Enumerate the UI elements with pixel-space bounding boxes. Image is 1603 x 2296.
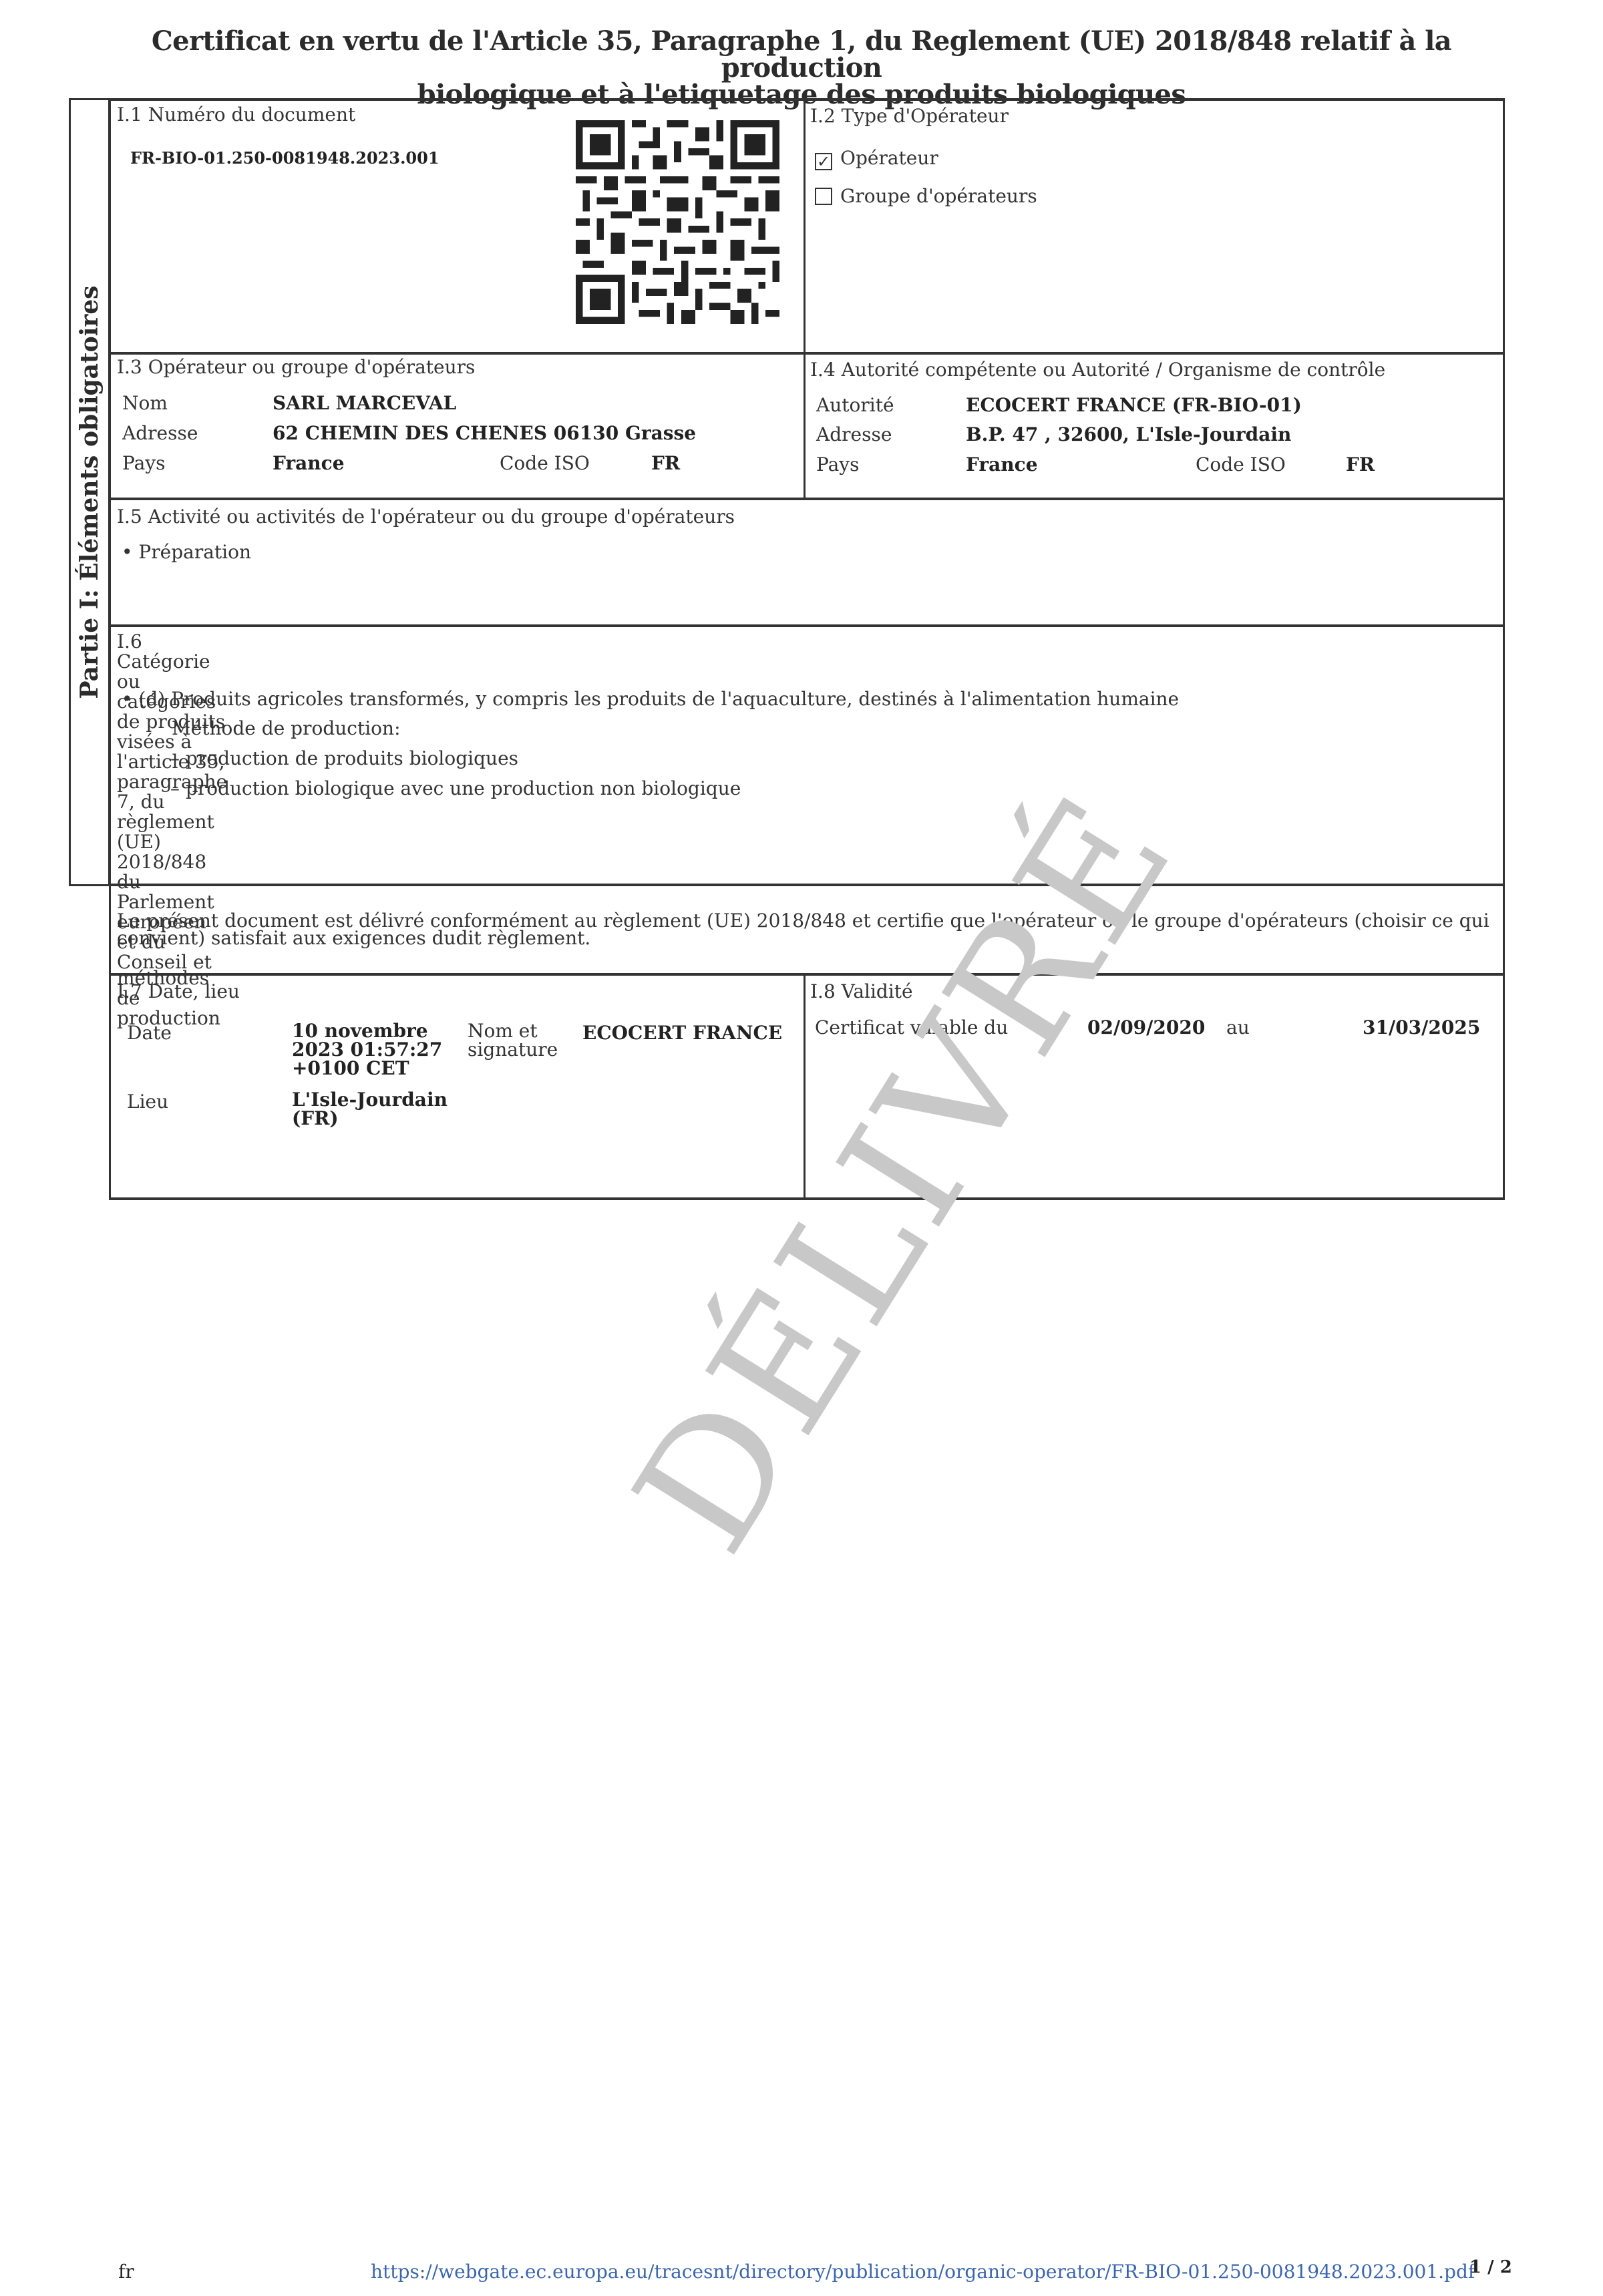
validity-label: Certificat valable du — [815, 1016, 1008, 1038]
column-divider-top — [804, 98, 806, 499]
production-method-heading: Méthode de production: — [172, 717, 401, 739]
date-value-line: 10 novembre — [292, 1022, 442, 1040]
operator-address-value: 62 CHEMIN DES CHENES 06130 Grasse — [273, 422, 696, 444]
authority-value: ECOCERT FRANCE (FR-BIO-01) — [966, 394, 1302, 416]
place-value-line: (FR) — [292, 1109, 448, 1128]
date-value-line: +0100 CET — [292, 1059, 442, 1078]
validity-to-label: au — [1226, 1016, 1250, 1038]
product-category: • (d) Produits agricoles transformés, y … — [122, 688, 1179, 710]
authority-label: Autorité — [816, 394, 894, 416]
footer-source-link[interactable]: https://webgate.ec.europa.eu/tracesnt/di… — [371, 2261, 1475, 2283]
document-number: FR-BIO-01.250-0081948.2023.001 — [130, 148, 439, 168]
option-groupe-operateurs[interactable]: Groupe d'opérateurs — [815, 185, 1037, 207]
operator-iso-label: Code ISO — [500, 452, 590, 474]
option-operateur-label: Opérateur — [840, 147, 938, 169]
part-one-label: Partie I: Éléments obligatoires — [75, 286, 104, 699]
row-divider-2 — [109, 498, 1505, 500]
document-title: Certificat en vertu de l'Article 35, Par… — [100, 28, 1503, 108]
authority-address-value: B.P. 47 , 32600, L'Isle-Jourdain — [966, 423, 1291, 445]
operator-name-label: Nom — [122, 392, 168, 414]
operator-iso-value: FR — [651, 452, 680, 474]
section-1-1-heading: I.1 Numéro du document — [117, 104, 355, 126]
authority-country-value: France — [966, 453, 1038, 475]
footer-language: fr — [118, 2261, 134, 2283]
place-value: L'Isle-Jourdain (FR) — [292, 1091, 448, 1128]
section-1-2-heading: I.2 Type d'Opérateur — [810, 105, 1009, 127]
checkbox-checked-icon[interactable]: ✓ — [815, 153, 832, 170]
part-one-side-panel: Partie I: Éléments obligatoires — [69, 98, 110, 886]
operator-address-label: Adresse — [122, 422, 198, 444]
place-value-line: L'Isle-Jourdain — [292, 1091, 448, 1109]
authority-country-label: Pays — [816, 453, 859, 475]
row-divider-top — [109, 98, 1505, 101]
operator-country-value: France — [273, 452, 345, 474]
option-groupe-label: Groupe d'opérateurs — [840, 185, 1037, 207]
production-method-item: – production biologique avec une product… — [170, 777, 741, 799]
signature-label: Nom et signature — [468, 1022, 558, 1059]
valid-to-date: 31/03/2025 — [1363, 1016, 1480, 1038]
signature-label-line: Nom et — [468, 1022, 558, 1040]
section-1-7-heading: I.7 Date, lieu — [117, 980, 240, 1002]
row-divider-bottom — [109, 1197, 1505, 1200]
operator-country-label: Pays — [122, 452, 165, 474]
date-value: 10 novembre 2023 01:57:27 +0100 CET — [292, 1022, 442, 1078]
certification-statement: Le présent document est délivré conformé… — [117, 911, 1489, 948]
qr-code-icon — [576, 117, 779, 327]
authority-iso-value: FR — [1346, 453, 1375, 475]
authority-iso-label: Code ISO — [1196, 453, 1286, 475]
valid-from-date: 02/09/2020 — [1087, 1016, 1205, 1038]
table-right-border — [1503, 98, 1505, 1199]
option-operateur[interactable]: ✓Opérateur — [815, 147, 938, 170]
activity-item: • Préparation — [122, 541, 251, 563]
section-1-4-heading: I.4 Autorité compétente ou Autorité / Or… — [810, 359, 1385, 381]
production-method-item: – production de produits biologiques — [170, 747, 518, 769]
signature-value: ECOCERT FRANCE — [582, 1022, 782, 1044]
row-divider-5 — [109, 973, 1505, 976]
row-divider-3 — [109, 624, 1505, 627]
row-divider-1 — [109, 352, 1505, 355]
authority-address-label: Adresse — [816, 423, 892, 445]
date-label: Date — [127, 1022, 172, 1044]
column-divider-bottom — [804, 973, 806, 1199]
section-1-5-heading: I.5 Activité ou activités de l'opérateur… — [117, 506, 735, 528]
checkbox-empty-icon[interactable] — [815, 188, 832, 205]
row-divider-4 — [109, 884, 1505, 886]
page-number: 1 / 2 — [1469, 2257, 1512, 2277]
title-line-1: Certificat en vertu de l'Article 35, Par… — [100, 28, 1503, 81]
section-1-8-heading: I.8 Validité — [810, 980, 913, 1002]
section-1-3-heading: I.3 Opérateur ou groupe d'opérateurs — [117, 356, 475, 378]
place-label: Lieu — [127, 1091, 168, 1113]
table-left-border — [109, 98, 111, 1199]
operator-name-value: SARL MARCEVAL — [273, 392, 456, 414]
signature-label-line: signature — [468, 1040, 558, 1059]
date-value-line: 2023 01:57:27 — [292, 1040, 442, 1059]
